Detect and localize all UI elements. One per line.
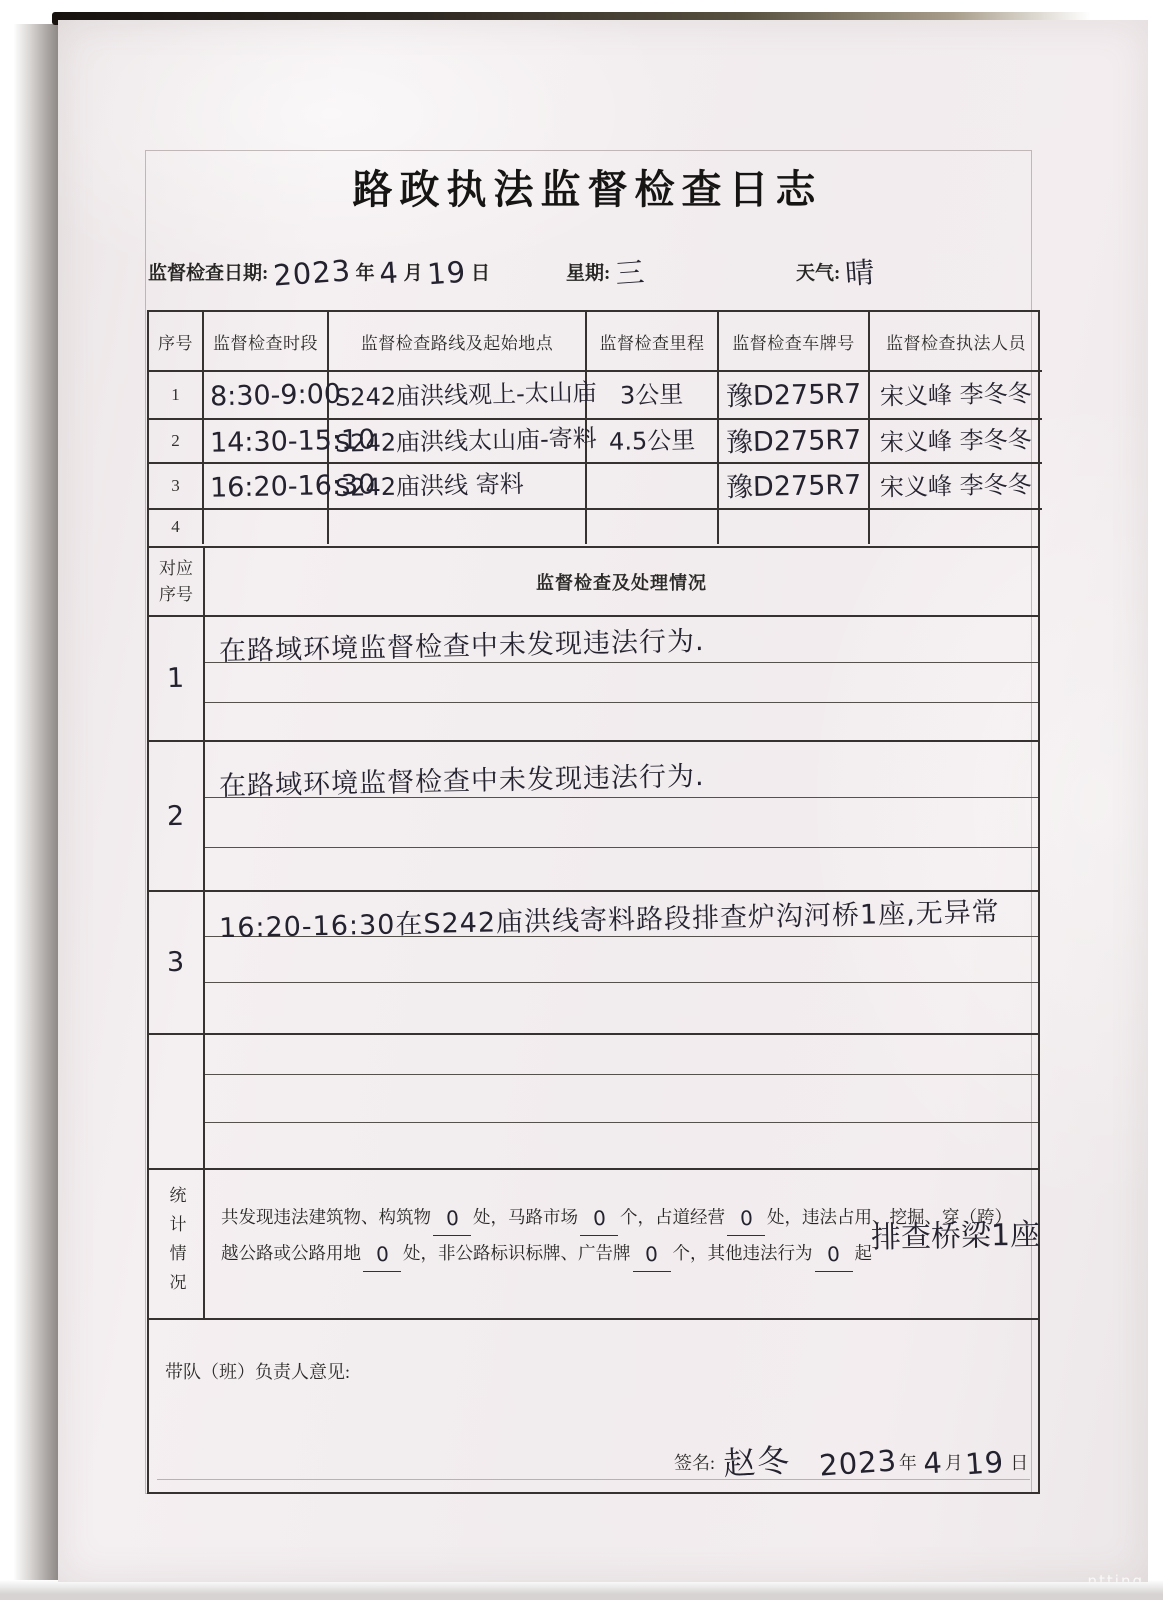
handling-entry-2: 2 在路域环境监督检查中未发现违法行为. xyxy=(149,742,1038,892)
corresponding-seq-label: 对应序号 xyxy=(156,556,196,608)
entry1-text: 在路域环境监督检查中未发现违法行为. xyxy=(219,628,705,665)
handling-entry-3: 3 16:20-16:30在S242庙洪线寄料路段排查炉沟河桥1座,无异常 xyxy=(149,892,1038,1035)
handling-entry-1: 1 在路域环境监督检查中未发现违法行为. xyxy=(149,617,1038,742)
weekday-handwritten: 三 xyxy=(614,258,646,289)
row4-seq: 4 xyxy=(149,510,204,544)
col-header-staff: 监督检查执法人员 xyxy=(870,312,1042,372)
row1-staff: 宋义峰 李冬冬 xyxy=(870,372,1042,420)
signature-row: 签名:赵冬2023年 4月19 日 xyxy=(674,1442,1028,1475)
sign-year-unit: 年 xyxy=(899,1453,917,1473)
row2-mileage: 4.5公里 xyxy=(587,420,719,464)
sign-year-handwritten: 2023 xyxy=(818,1446,898,1480)
photo-bottom-shadow xyxy=(0,1580,1163,1600)
entry2-text: 在路域环境监督检查中未发现违法行为. xyxy=(219,763,705,800)
row2-time: 14:30-15:10 xyxy=(204,420,329,464)
date-year-unit: 年 xyxy=(356,263,375,284)
row1-mileage: 3公里 xyxy=(587,372,719,420)
weather-label: 天气: xyxy=(796,263,840,284)
weekday-label: 星期: xyxy=(566,263,610,284)
stats-seg6: 处，非公路标识标牌、广告牌 xyxy=(403,1243,631,1263)
row4-plate xyxy=(719,510,870,544)
stats-seg7: 个，其他违法行为 xyxy=(673,1243,813,1263)
row4-route xyxy=(329,510,587,544)
stats-seg5: 越公路或公路用地 xyxy=(221,1243,361,1263)
row2-seq: 2 xyxy=(149,420,204,464)
handling-entry-4-empty xyxy=(149,1035,1038,1170)
col-header-time: 监督检查时段 xyxy=(204,312,329,372)
signature-label: 签名: xyxy=(674,1453,715,1473)
row2-staff: 宋义峰 李冬冬 xyxy=(870,420,1042,464)
statistics-section: 统计情况 共发现违法建筑物、构筑物0处，马路市场0个，占道经营0处，违法占用、挖… xyxy=(149,1170,1038,1320)
statistics-text: 共发现违法建筑物、构筑物0处，马路市场0个，占道经营0处，违法占用、挖掘、穿（跨… xyxy=(205,1170,1038,1318)
stats-blank-1: 0 xyxy=(433,1200,471,1236)
handling-section: 对应序号 监督检查及处理情况 1 在路域环境监督检查中未发现违法行为. 2 在路… xyxy=(147,548,1040,1494)
statistics-label: 统计情况 xyxy=(164,1186,189,1302)
date-day-unit: 日 xyxy=(471,263,490,284)
sign-day-unit: 日 xyxy=(1010,1453,1028,1473)
col-header-route: 监督检查路线及起始地点 xyxy=(329,312,587,372)
entry1-number: 1 xyxy=(167,665,185,692)
row3-seq: 3 xyxy=(149,464,204,510)
row1-time: 8:30-9:00 xyxy=(204,372,329,420)
row3-time: 16:20-16:30 xyxy=(204,464,329,510)
date-month-handwritten: 4 xyxy=(379,258,400,288)
handling-header-title: 监督检查及处理情况 xyxy=(205,548,1038,615)
stats-seg3: 个，占道经营 xyxy=(620,1207,725,1227)
col-header-mileage: 监督检查里程 xyxy=(587,312,719,372)
entry3-text: 16:20-16:30在S242庙洪线寄料路段排查炉沟河桥1座,无异常 xyxy=(219,899,1000,942)
handling-header-row: 对应序号 监督检查及处理情况 xyxy=(149,548,1038,617)
date-day-handwritten: 19 xyxy=(427,258,468,290)
date-month-unit: 月 xyxy=(404,263,423,284)
entry2-number: 2 xyxy=(167,802,185,829)
row2-plate: 豫D275R7 xyxy=(719,420,870,464)
col-header-seq: 序号 xyxy=(149,312,204,372)
inspection-table: 序号 监督检查时段 监督检查路线及起始地点 监督检查里程 监督检查车牌号 监督检… xyxy=(147,310,1040,548)
signature-handwritten: 赵冬 xyxy=(722,1444,792,1480)
stats-blank-3: 0 xyxy=(727,1200,765,1236)
entry3-number: 3 xyxy=(167,949,185,976)
form-title: 路政执法监督检查日志 xyxy=(145,158,1030,215)
statistics-handwritten-note: 排查桥梁1座 xyxy=(871,1221,1041,1254)
scanned-inspection-log-photo: 路政执法监督检查日志 监督检查日期: 2023 年 4 月 19 日 星期: 三… xyxy=(0,0,1163,1600)
stats-seg1: 共发现违法建筑物、构筑物 xyxy=(221,1207,431,1227)
row3-mileage xyxy=(587,464,719,510)
stats-blank-2: 0 xyxy=(580,1200,618,1236)
stats-seg2: 处，马路市场 xyxy=(473,1207,578,1227)
row1-seq: 1 xyxy=(149,372,204,420)
weather-handwritten: 晴 xyxy=(844,258,876,289)
stats-blank-6: 0 xyxy=(815,1236,853,1272)
row3-plate: 豫D275R7 xyxy=(719,464,870,510)
sign-month-handwritten: 4 xyxy=(923,1448,944,1478)
row4-time xyxy=(204,510,329,544)
row4-staff xyxy=(870,510,1042,544)
footer-faint-rule xyxy=(157,1479,1030,1480)
stats-blank-5: 0 xyxy=(633,1236,671,1272)
date-year-handwritten: 2023 xyxy=(272,256,352,290)
sign-day-handwritten: 19 xyxy=(964,1448,1005,1480)
row4-mileage xyxy=(587,510,719,544)
footer-section: 带队（班）负责人意见: 签名:赵冬2023年 4月19 日 xyxy=(149,1320,1038,1492)
leader-opinion-label: 带队（班）负责人意见: xyxy=(165,1362,350,1382)
sign-month-unit: 月 xyxy=(945,1453,963,1473)
date-line: 监督检查日期: 2023 年 4 月 19 日 星期: 三 天气: 晴 xyxy=(148,255,1030,295)
row3-staff: 宋义峰 李冬冬 xyxy=(870,464,1042,510)
row1-plate: 豫D275R7 xyxy=(719,372,870,420)
date-label: 监督检查日期: xyxy=(148,263,268,284)
stats-seg8: 起 xyxy=(855,1243,873,1263)
col-header-plate: 监督检查车牌号 xyxy=(719,312,870,372)
stats-blank-4: 0 xyxy=(363,1236,401,1272)
row1-route: S242庙洪线观上-太山庙 xyxy=(329,372,587,420)
